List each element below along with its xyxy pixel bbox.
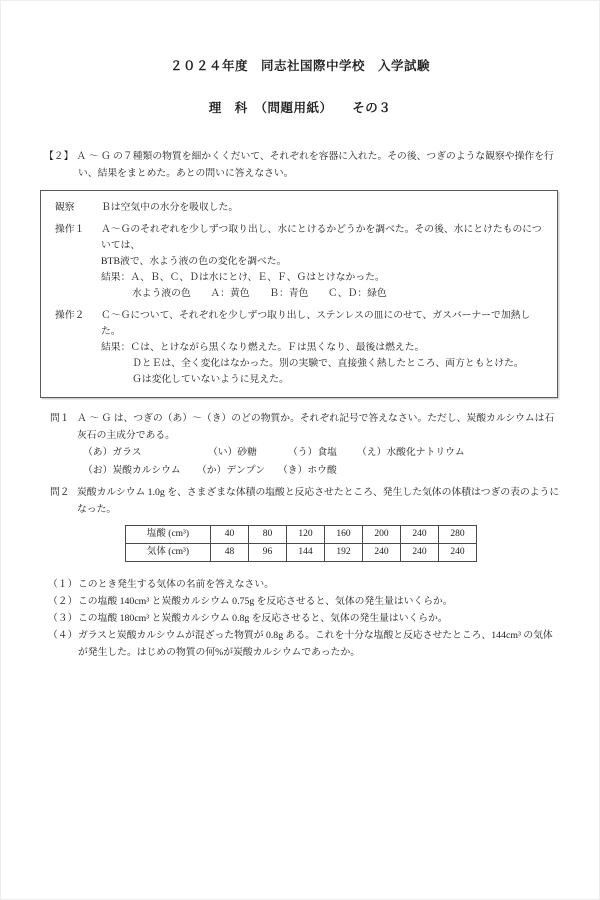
problem-intro: 【２】Ａ ～ Ｇ の７種類の物質を細かくくだいて、それぞれを容器に入れた。その後…	[44, 149, 560, 182]
sub-question-2: （２） この塩酸 140cm³ と炭酸カルシウム 0.75g を反応させると、気…	[48, 593, 558, 610]
observation-text: Ｂは空気中の水分を吸収した。	[101, 200, 547, 216]
observation-label: 観察	[55, 200, 101, 216]
question2-block: 問２ 炭酸カルシウム 1.0g を、さまざまな体積の塩酸と反応させたところ、発生…	[50, 485, 560, 564]
question1-text: Ａ ～ Ｇ は、つぎの（あ）～（き）のどの物質か。それぞれ記号で答えなさい。ただ…	[77, 411, 560, 444]
sub-question-1: （１） このとき発生する気体の名前を答えなさい。	[48, 576, 558, 593]
sub-question-number: （４）	[48, 627, 78, 661]
table-cell: 96	[249, 544, 287, 562]
operation1-label: 操作１	[55, 222, 101, 302]
option-e: （え）水酸化ナトリウム	[357, 445, 465, 462]
operation2-row: 操作２ Ｃ～Ｇについて、それぞれを少しずつ取り出し、ステンレスの皿にのせて、ガス…	[55, 308, 547, 388]
sub-question-3: （３） この塩酸 180cm³ と炭酸カルシウム 0.8g を反応させると、気体…	[48, 610, 558, 627]
table-cell: 160	[325, 526, 363, 544]
operation1-line: BTB液で、水よう液の色の変化を調べた。	[101, 254, 547, 270]
table-cell: 80	[249, 526, 287, 544]
page-subtitle: 理 科 （問題用紙） その３	[0, 100, 600, 116]
question1-options-row1: （あ）ガラス（い）砂糖（う）食塩（え）水酸化ナトリウム	[83, 445, 560, 462]
sub-question-number: （１）	[48, 576, 78, 593]
sub-questions: （１） このとき発生する気体の名前を答えなさい。 （２） この塩酸 140cm³…	[48, 576, 558, 661]
table-cell: 40	[211, 526, 249, 544]
option-o: （お）炭酸カルシウム	[83, 463, 197, 480]
question1-options-row2: （お）炭酸カルシウム（か）デンプン（き）ホウ酸	[83, 463, 560, 480]
sub-question-4: （４） ガラスと炭酸カルシウムが混ざった物質が 0.8g ある。これを十分な塩酸…	[48, 627, 558, 661]
sub-question-number: （２）	[48, 593, 78, 610]
table-cell: 240	[439, 544, 477, 562]
table-cell: 240	[363, 544, 401, 562]
experiment-box: 観察 Ｂは空気中の水分を吸収した。 操作１ Ａ～Ｇのそれぞれを少しずつ取り出し、…	[40, 190, 558, 398]
operation2-line: Ｃ～Ｇについて、それぞれを少しずつ取り出し、ステンレスの皿にのせて、ガスバーナー…	[101, 308, 547, 340]
option-ki: （き）ホウ酸	[278, 463, 337, 480]
operation2-result-line: ＤとＥは、全く変化はなかった。別の実験で、直接強く熱したところ、両方ともとけた。	[132, 356, 547, 372]
data-table: 塩酸 (cm³) 40 80 120 160 200 240 280 気体 (c…	[125, 525, 477, 562]
table-cell: 240	[401, 544, 439, 562]
sub-question-text: このとき発生する気体の名前を答えなさい。	[78, 576, 558, 593]
sub-question-text: この塩酸 140cm³ と炭酸カルシウム 0.75g を反応させると、気体の発生…	[78, 593, 558, 610]
operation1-line: Ａ～Ｇのそれぞれを少しずつ取り出し、水にとけるかどうかを調べた。その後、水にとけ…	[101, 222, 547, 254]
problem-number: 【２】	[44, 151, 73, 162]
question1-block: 問１ Ａ ～ Ｇ は、つぎの（あ）～（き）のどの物質か。それぞれ記号で答えなさい…	[50, 411, 560, 479]
table-cell: 144	[287, 544, 325, 562]
table-row-hcl: 塩酸 (cm³) 40 80 120 160 200 240 280	[126, 526, 477, 544]
table-cell: 48	[211, 544, 249, 562]
operation2-result-line: Ｇは変化していないように見えた。	[132, 372, 547, 388]
option-a: （あ）ガラス	[83, 445, 208, 462]
option-ka: （か）デンプン	[197, 463, 278, 480]
sub-question-text: ガラスと炭酸カルシウムが混ざった物質が 0.8g ある。これを十分な塩酸と反応さ…	[78, 627, 558, 661]
observation-row: 観察 Ｂは空気中の水分を吸収した。	[55, 200, 547, 216]
sub-question-number: （３）	[48, 610, 78, 627]
operation1-result-colors: 水よう液の色 Ａ：黄色 Ｂ：青色 Ｃ、Ｄ：緑色	[132, 286, 547, 302]
question1-label: 問１	[50, 411, 77, 479]
question2-text: 炭酸カルシウム 1.0g を、さまざまな体積の塩酸と反応させたところ、発生した気…	[77, 485, 560, 518]
table-header-hcl: 塩酸 (cm³)	[126, 526, 211, 544]
exam-page: ２０２４年度 同志社国際中学校 入学試験 理 科 （問題用紙） その３ 【２】Ａ…	[0, 0, 600, 900]
operation1-row: 操作１ Ａ～Ｇのそれぞれを少しずつ取り出し、水にとけるかどうかを調べた。その後、…	[55, 222, 547, 302]
operation2-result: 結果：Ｃは、とけながら黒くなり燃えた。Ｆは黒くなり、最後は燃えた。	[101, 340, 547, 356]
option-u: （う）食塩	[288, 445, 357, 462]
question2-label: 問２	[50, 485, 77, 564]
table-cell: 280	[439, 526, 477, 544]
table-cell: 200	[363, 526, 401, 544]
table-header-gas: 気体 (cm³)	[126, 544, 211, 562]
option-i: （い）砂糖	[208, 445, 288, 462]
page-title: ２０２４年度 同志社国際中学校 入学試験	[0, 58, 600, 74]
table-row-gas: 気体 (cm³) 48 96 144 192 240 240 240	[126, 544, 477, 562]
problem-intro-text: Ａ ～ Ｇ の７種類の物質を細かくくだいて、それぞれを容器に入れた。その後、つぎ…	[76, 151, 553, 179]
operation1-result: 結果：Ａ、Ｂ、Ｃ、Ｄは水にとけ、Ｅ、Ｆ、Ｇはとけなかった。	[101, 270, 547, 286]
table-cell: 240	[401, 526, 439, 544]
table-cell: 192	[325, 544, 363, 562]
sub-question-text: この塩酸 180cm³ と炭酸カルシウム 0.8g を反応させると、気体の発生量…	[78, 610, 558, 627]
table-cell: 120	[287, 526, 325, 544]
operation2-label: 操作２	[55, 308, 101, 388]
